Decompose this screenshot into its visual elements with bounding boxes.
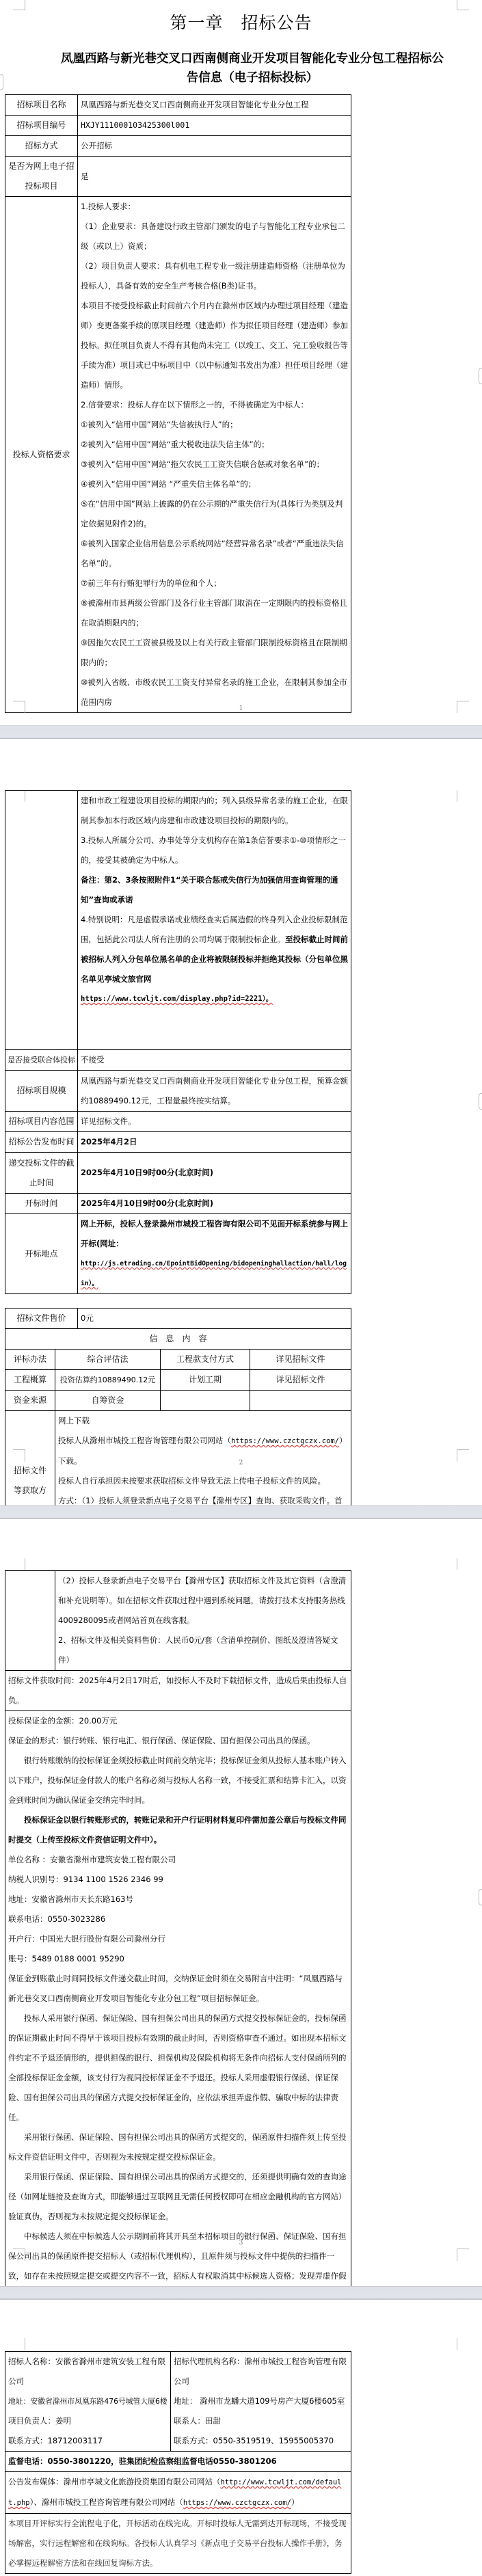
label-qualification: 投标人资格要求 bbox=[5, 197, 78, 713]
bank-name: 开户行：中国光大银行股份有限公司滁州分行 bbox=[8, 1929, 348, 1949]
tax-id: 纳税人识别号：9134 1100 1526 2346 99 bbox=[8, 1870, 348, 1890]
text: 投标人从滁州市城投工程咨询管理有限公司网站（ bbox=[58, 1436, 231, 1445]
paragraph: https://www.tcwljt.com/display.php?id=22… bbox=[81, 989, 348, 1009]
obtain-time: 招标文件获取时间：2025年4月2日17时后，如投标人不及时下载招标文件，造成后… bbox=[5, 1671, 351, 1711]
paragraph: 1.投标人要求： bbox=[81, 197, 348, 217]
tenderer-info: 招标人名称：安徽省滁州市建筑安装工程有限公司 地址：安徽省滁州市凤凰东路476号… bbox=[5, 2352, 171, 2452]
publish-media: 公告发布媒体：滁州市亭城文化旅游投资集团有限公司网站（http://www.tc… bbox=[5, 2472, 351, 2514]
crop-mark bbox=[457, 0, 469, 10]
info-cell: 工程款支付方式 bbox=[161, 1350, 250, 1370]
notice-title: 凤凰西路与新光巷交叉口西南侧商业开发项目智能化专业分包工程招标公告信息（电子招标… bbox=[57, 49, 447, 88]
crop-mark bbox=[457, 2338, 469, 2350]
deposit-amount: 投标保证金的金额：20.00万元 bbox=[8, 1711, 348, 1731]
table-row: 开标地点 网上开标，投标人登录滁州市城投工程咨询有限公司不见面开标系统参与网上开… bbox=[5, 1214, 351, 1294]
info-cell: 详见招标文件 bbox=[250, 1370, 351, 1391]
paragraph: 2.信誉要求：投标人存在以下情形之一的，不得被确定为中标人： bbox=[81, 395, 348, 415]
table-row: （2）投标人登录新点电子交易平台【滁州专区】获取招标文件及其它资料（含澄清和补充… bbox=[5, 1571, 351, 1671]
info-cell bbox=[250, 1391, 351, 1411]
opening-link[interactable]: http://js.etrading.cn/EpointBidOpening/b… bbox=[81, 1260, 347, 1287]
table-row: 开标时间 2025年4月10日9时00分(北京时间) bbox=[5, 1194, 351, 1214]
value-method: 公开招标 bbox=[78, 136, 351, 157]
value-publish-time: 2025年4月2日 bbox=[78, 1132, 351, 1153]
table-row: 是否接受联合体投标 不接受 bbox=[5, 1050, 351, 1071]
info-cell: 工程概算 bbox=[5, 1370, 55, 1391]
paragraph: （2）投标人登录新点电子交易平台【滁州专区】获取招标文件及其它资料（含澄清和补充… bbox=[58, 1571, 348, 1631]
table-row: 招标公告发布时间 2025年4月2日 bbox=[5, 1132, 351, 1153]
page-separator bbox=[0, 1505, 482, 1519]
table-row: 评标办法 综合评估法 工程款支付方式 详见招标文件 bbox=[5, 1350, 351, 1370]
table-row: 信 息 内 容 bbox=[5, 1329, 351, 1350]
text: 公告发布媒体：滁州市亭城文化旅游投资集团有限公司网站（ bbox=[8, 2477, 221, 2486]
crop-mark bbox=[13, 0, 25, 10]
tenderer-name: 招标人名称：安徽省滁州市建筑安装工程有限公司 bbox=[8, 2352, 168, 2391]
text: ）、滁州市城投工程咨询管理有限公司网站（ bbox=[30, 2497, 183, 2507]
contact-table: 招标人名称：安徽省滁州市建筑安装工程有限公司 地址：安徽省滁州市凤凰东路476号… bbox=[5, 2351, 351, 2574]
chapter-title: 第一章 招标公告 bbox=[0, 10, 482, 34]
table-row: 投标人资格要求 1.投标人要求： （1）企业要求：具备建设行政主管部门颁发的电子… bbox=[5, 197, 351, 713]
info-cell: 详见招标文件 bbox=[250, 1350, 351, 1370]
value-scope: 详见招标文件。 bbox=[78, 1112, 351, 1132]
value-online: 是 bbox=[78, 157, 351, 197]
paragraph: ⑨因拖欠农民工工资被县级及以上有关行政主管部门限制投标资格且在限制期限内的； bbox=[81, 633, 348, 673]
paragraph: 投标人自行承担因未按要求获取招标文件导致无法上传电子投标文件的风险。 bbox=[58, 1471, 348, 1491]
label-scope: 招标项目内容范围 bbox=[5, 1112, 78, 1132]
blacklist-link[interactable]: https://www.tcwljt.com/display.php?id=22… bbox=[81, 995, 273, 1003]
paragraph: http://js.etrading.cn/EpointBidOpening/b… bbox=[81, 1254, 348, 1293]
agency-name: 招标代理机构名称：滁州市城投工程咨询管理有限公司 bbox=[174, 2352, 348, 2391]
agency-contact-person: 联系人：田甜 bbox=[174, 2411, 348, 2431]
label-project-name: 招标项目名称 bbox=[5, 95, 78, 116]
deposit-forms: 保证金的形式：银行转账、银行电汇、银行保函、保证保险、国有担保公司出具的保函。 bbox=[8, 1731, 348, 1751]
table-row: 投标保证金的金额：20.00万元 保证金的形式：银行转账、银行电汇、银行保函、保… bbox=[5, 1711, 351, 2307]
label-project-code: 招标项目编号 bbox=[5, 116, 78, 136]
table-row: 是否为网上电子招投标项目 是 bbox=[5, 157, 351, 197]
paragraph: ②被列入“信用中国”网站“重大税收违法失信主体”的； bbox=[81, 435, 348, 455]
paragraph: 2、招标文件及相关资料售价：人民币0元/套（含清单控制价、图纸及澄清答疑文件） bbox=[58, 1631, 348, 1670]
value-qualification-cont: 建和市政工程建设项目投标的期限内的；列入县级异常名录的施工企业，在限制其参加本行… bbox=[78, 791, 351, 1050]
account-phone: 联系电话：0550-3023286 bbox=[8, 1909, 348, 1929]
paragraph: ⑥被列入国家企业信用信息公示系统网站“经营异常名录”或者“严重违法失信名单”的。 bbox=[81, 534, 348, 574]
label-online: 是否为网上电子招投标项目 bbox=[5, 157, 78, 197]
value-price: 0元 bbox=[78, 1309, 351, 1329]
info-cell: 自筹资金 bbox=[55, 1391, 161, 1411]
document-page-4: 招标人名称：安徽省滁州市建筑安装工程有限公司 地址：安徽省滁州市凤凰东路476号… bbox=[0, 2300, 482, 2576]
crop-mark bbox=[457, 790, 469, 802]
guarantee-paragraph: 采用银行保函、保证保险、国有担保公司出具的保函方式提交的，保函原件扫描件须上传至… bbox=[8, 2128, 348, 2167]
announcement-table-1: 招标项目名称 凤凰西路与新光巷交叉口西南侧商业开发项目智能化专业分包工程 招标项… bbox=[5, 94, 351, 713]
page-number: 1 bbox=[0, 705, 482, 712]
margin-tab bbox=[0, 74, 3, 90]
value-consortium: 不接受 bbox=[78, 1050, 351, 1071]
table-row: 资金来源 自筹资金 bbox=[5, 1391, 351, 1411]
deposit-transfer: 银行转账缴纳的投标保证金须投标截止时间前交纳完毕；投标保证金须从投标人基本账户转… bbox=[8, 1751, 348, 1810]
deposit-section: 投标保证金的金额：20.00万元 保证金的形式：银行转账、银行电汇、银行保函、保… bbox=[5, 1711, 351, 2307]
label-publish-time: 招标公告发布时间 bbox=[5, 1132, 78, 1153]
label-opening-place: 开标地点 bbox=[5, 1214, 78, 1294]
paragraph: ①被列入“信用中国”网站“失信被执行人”的； bbox=[81, 415, 348, 435]
table-row: 公告发布媒体：滁州市亭城文化旅游投资集团有限公司网站（http://www.tc… bbox=[5, 2472, 351, 2514]
paragraph: ④被列入“信用中国”网站 “严重失信主体名单”的； bbox=[81, 474, 348, 494]
paragraph: 建和市政工程建设项目投标的期限内的；列入县级异常名录的施工企业，在限制其参加本行… bbox=[81, 791, 348, 831]
value-deadline: 2025年4月10日9时00分(北京时间) bbox=[78, 1153, 351, 1194]
table-row: 建和市政工程建设项目投标的期限内的；列入县级异常名录的施工企业，在限制其参加本行… bbox=[5, 791, 351, 1050]
value-opening-time: 2025年4月10日9时00分(北京时间) bbox=[78, 1194, 351, 1214]
electronic-bidding-note: 本项目开评标实行全流程电子化，开标活动在线完成。开标时投标人无需到达开标现场，不… bbox=[5, 2514, 351, 2574]
guarantee-paragraph: 投标人采用银行保函、保证保险、国有担保公司出具的保函方式提交投标保证金的，投标保… bbox=[8, 2009, 348, 2128]
paragraph: 4.特别说明：凡是虚假承诺或业绩经查实后属造假的终身列入企业投标限制范围，包括此… bbox=[81, 910, 348, 989]
value-qualification: 1.投标人要求： （1）企业要求：具备建设行政主管部门颁发的电子与智能化工程专业… bbox=[78, 197, 351, 713]
remark: 备注：第2、3条按照附件1“关于联合惩戒失信行为加强信用查询管理的通知”查询或承… bbox=[81, 870, 348, 910]
page-separator bbox=[0, 725, 482, 739]
agency-info: 招标代理机构名称：滁州市城投工程咨询管理有限公司 地址： 滁州市龙蟠大道109号… bbox=[171, 2352, 351, 2452]
margin-tab bbox=[479, 1889, 482, 1905]
label-scale: 招标项目规模 bbox=[5, 1071, 78, 1112]
czctgczx-link[interactable]: https://www.czctgczx.com/ bbox=[183, 2499, 291, 2507]
page-number: 2 bbox=[0, 1460, 482, 1466]
table-row: 递交投标文件的截止时间 2025年4月10日9时00分(北京时间) bbox=[5, 1153, 351, 1194]
paragraph: 网上开标，投标人登录滁州市城投工程咨询有限公司不见面开标系统参与网上开标(网址： bbox=[81, 1214, 348, 1254]
account-address: 地址：安徽省滁州市天长东路163号 bbox=[8, 1890, 348, 1909]
label-deadline: 递交投标文件的截止时间 bbox=[5, 1153, 78, 1194]
document-page-2: 建和市政工程建设项目投标的期限内的；列入县级异常名录的施工企业，在限制其参加本行… bbox=[0, 739, 482, 1505]
table-row: 招标人名称：安徽省滁州市建筑安装工程有限公司 地址：安徽省滁州市凤凰东路476号… bbox=[5, 2352, 351, 2452]
announcement-table-2b: 招标文件售价 0元 bbox=[5, 1308, 351, 1329]
text: ） bbox=[291, 2497, 299, 2507]
agency-contact: 联系方式：0550-3519519、15955005370 bbox=[174, 2431, 348, 2451]
paragraph: 网上下载 bbox=[58, 1411, 348, 1431]
crop-mark bbox=[13, 1558, 25, 1570]
label-consortium: 是否接受联合体投标 bbox=[5, 1050, 78, 1071]
label-opening-time: 开标时间 bbox=[5, 1194, 78, 1214]
table-row: 招标文件售价 0元 bbox=[5, 1309, 351, 1329]
paragraph: 3.投标人所属分公司、办事处等分支机构存在第1条信誉要求①-⑩项情形之一的，接受… bbox=[81, 831, 348, 870]
table-row: 招标项目内容范围 详见招标文件。 bbox=[5, 1112, 351, 1132]
document-page-1: 第一章 招标公告 凤凰西路与新光巷交叉口西南侧商业开发项目智能化专业分包工程招标… bbox=[0, 0, 482, 725]
document-page-3: （2）投标人登录新点电子交易平台【滁州专区】获取招标文件及其它资料（含澄清和补充… bbox=[0, 1519, 482, 2286]
info-header: 信 息 内 容 bbox=[5, 1329, 351, 1350]
guarantee-paragraph: 采用银行保函、保证保险、国有担保公司出具的保函方式提交的，还须提供明确有效的查询… bbox=[8, 2167, 348, 2227]
announcement-table-2: 建和市政工程建设项目投标的期限内的；列入县级异常名录的施工企业，在限制其参加本行… bbox=[5, 790, 351, 1294]
paragraph: ⑤在“信用中国”网站上披露的仍在公示期的严重失信行为(具体行为类别及判定依据见附… bbox=[81, 494, 348, 534]
value-project-name: 凤凰西路与新光巷交叉口西南侧商业开发项目智能化专业分包工程 bbox=[78, 95, 351, 116]
margin-tab bbox=[479, 1093, 482, 1110]
paragraph: （2）项目负责人要求：具有机电工程专业一级注册建造师资格（注册单位为投标人），具… bbox=[81, 256, 348, 296]
label-price: 招标文件售价 bbox=[5, 1309, 78, 1329]
value-obtain-cont: （2）投标人登录新点电子交易平台【滁州专区】获取招标文件及其它资料（含澄清和补充… bbox=[55, 1571, 351, 1671]
table-row: 招标项目规模 凤凰西路与新光巷交叉口西南侧商业开发项目智能化专业分包工程，预算金… bbox=[5, 1071, 351, 1112]
deposit-note: 保证金到账截止时间同投标文件递交截止时间，交纳保证金时须在交易附言中注明：“凤凰… bbox=[8, 1969, 348, 2009]
label-obtain-cont bbox=[5, 1571, 55, 1671]
supervision-phone: 监督电话：0550-3801220，驻集团纪检监察组监督电话0550-38012… bbox=[5, 2452, 351, 2472]
label-method: 招标方式 bbox=[5, 136, 78, 157]
paragraph: ⑦前三年有行贿犯罪行为的单位和个人； bbox=[81, 574, 348, 593]
table-row: 招标项目编号 HXJY111000103425300l001 bbox=[5, 116, 351, 136]
tenderer-contact: 联系方式：18712003117 bbox=[8, 2431, 168, 2451]
tenderer-address: 地址：安徽省滁州市凤凰东路476号城管大厦6楼 bbox=[8, 2391, 168, 2411]
paragraph: 本项目不接受投标截止时间前六个月内在滁州市区域内办理过项目经理（建造师）变更备案… bbox=[81, 296, 348, 395]
info-cell: 资金来源 bbox=[5, 1391, 55, 1411]
account-name: 单位名称 ：安徽省滁州市建筑安装工程有限公司 bbox=[8, 1850, 348, 1870]
page-separator bbox=[0, 2286, 482, 2300]
crop-mark bbox=[13, 2249, 25, 2261]
table-row: 招标项目名称 凤凰西路与新光巷交叉口西南侧商业开发项目智能化专业分包工程 bbox=[5, 95, 351, 116]
paragraph: ⑧被滁州市县两级公管部门及各行业主管部门取消在一定期限内的投标资格且在取消期限内… bbox=[81, 593, 348, 633]
table-row: 招标方式 公开招标 bbox=[5, 136, 351, 157]
crop-mark bbox=[13, 2338, 25, 2350]
info-cell bbox=[161, 1391, 250, 1411]
info-cell: 评标办法 bbox=[5, 1350, 55, 1370]
info-cell: 计划工期 bbox=[161, 1370, 250, 1391]
table-row: 本项目开评标实行全流程电子化，开标活动在线完成。开标时投标人无需到达开标现场，不… bbox=[5, 2514, 351, 2574]
crop-mark bbox=[457, 2249, 469, 2261]
paragraph: ③被列入“信用中国”网站“拖欠农民工工资失信联合惩戒对象名单”的； bbox=[81, 455, 348, 474]
margin-tab bbox=[479, 368, 482, 384]
tenderer-manager: 项目负责人：姜明 bbox=[8, 2411, 168, 2431]
paragraph: （1）企业要求：具备建设行政主管部门颁发的电子与智能化工程专业承包二级（或以上）… bbox=[81, 217, 348, 256]
table-row: 工程概算 投资估算约10889490.12元 计划工期 详见招标文件 bbox=[5, 1370, 351, 1391]
value-opening-place: 网上开标，投标人登录滁州市城投工程咨询有限公司不见面开标系统参与网上开标(网址：… bbox=[78, 1214, 351, 1294]
info-cell: 投资估算约10889490.12元 bbox=[55, 1370, 161, 1391]
table-row: 监督电话：0550-3801220，驻集团纪检监察组监督电话0550-38012… bbox=[5, 2452, 351, 2472]
value-project-code: HXJY111000103425300l001 bbox=[78, 116, 351, 136]
announcement-table-3: （2）投标人登录新点电子交易平台【滁州专区】获取招标文件及其它资料（含澄清和补充… bbox=[5, 1570, 351, 2307]
account-number: 账号：5489 0188 0001 95290 bbox=[8, 1949, 348, 1969]
value-scale: 凤凰西路与新光巷交叉口西南侧商业开发项目智能化专业分包工程，预算金额约10889… bbox=[78, 1071, 351, 1112]
czctgczx-link[interactable]: https://www.czctgczx.com/ bbox=[231, 1437, 339, 1445]
label-qualification-cont bbox=[5, 791, 78, 1050]
agency-address: 地址： 滁州市龙蟠大道109号房产大厦6楼605室 bbox=[174, 2391, 348, 2411]
table-row: 招标文件获取时间：2025年4月2日17时后，如投标人不及时下载招标文件，造成后… bbox=[5, 1671, 351, 1711]
info-cell: 综合评估法 bbox=[55, 1350, 161, 1370]
deposit-transfer-note: 投标保证金以银行转账形式的，转账记录和开户行证明材料复印件需加盖公章后与投标文件… bbox=[8, 1810, 348, 1850]
page-number: 3 bbox=[0, 2240, 482, 2246]
crop-mark bbox=[457, 1558, 469, 1570]
